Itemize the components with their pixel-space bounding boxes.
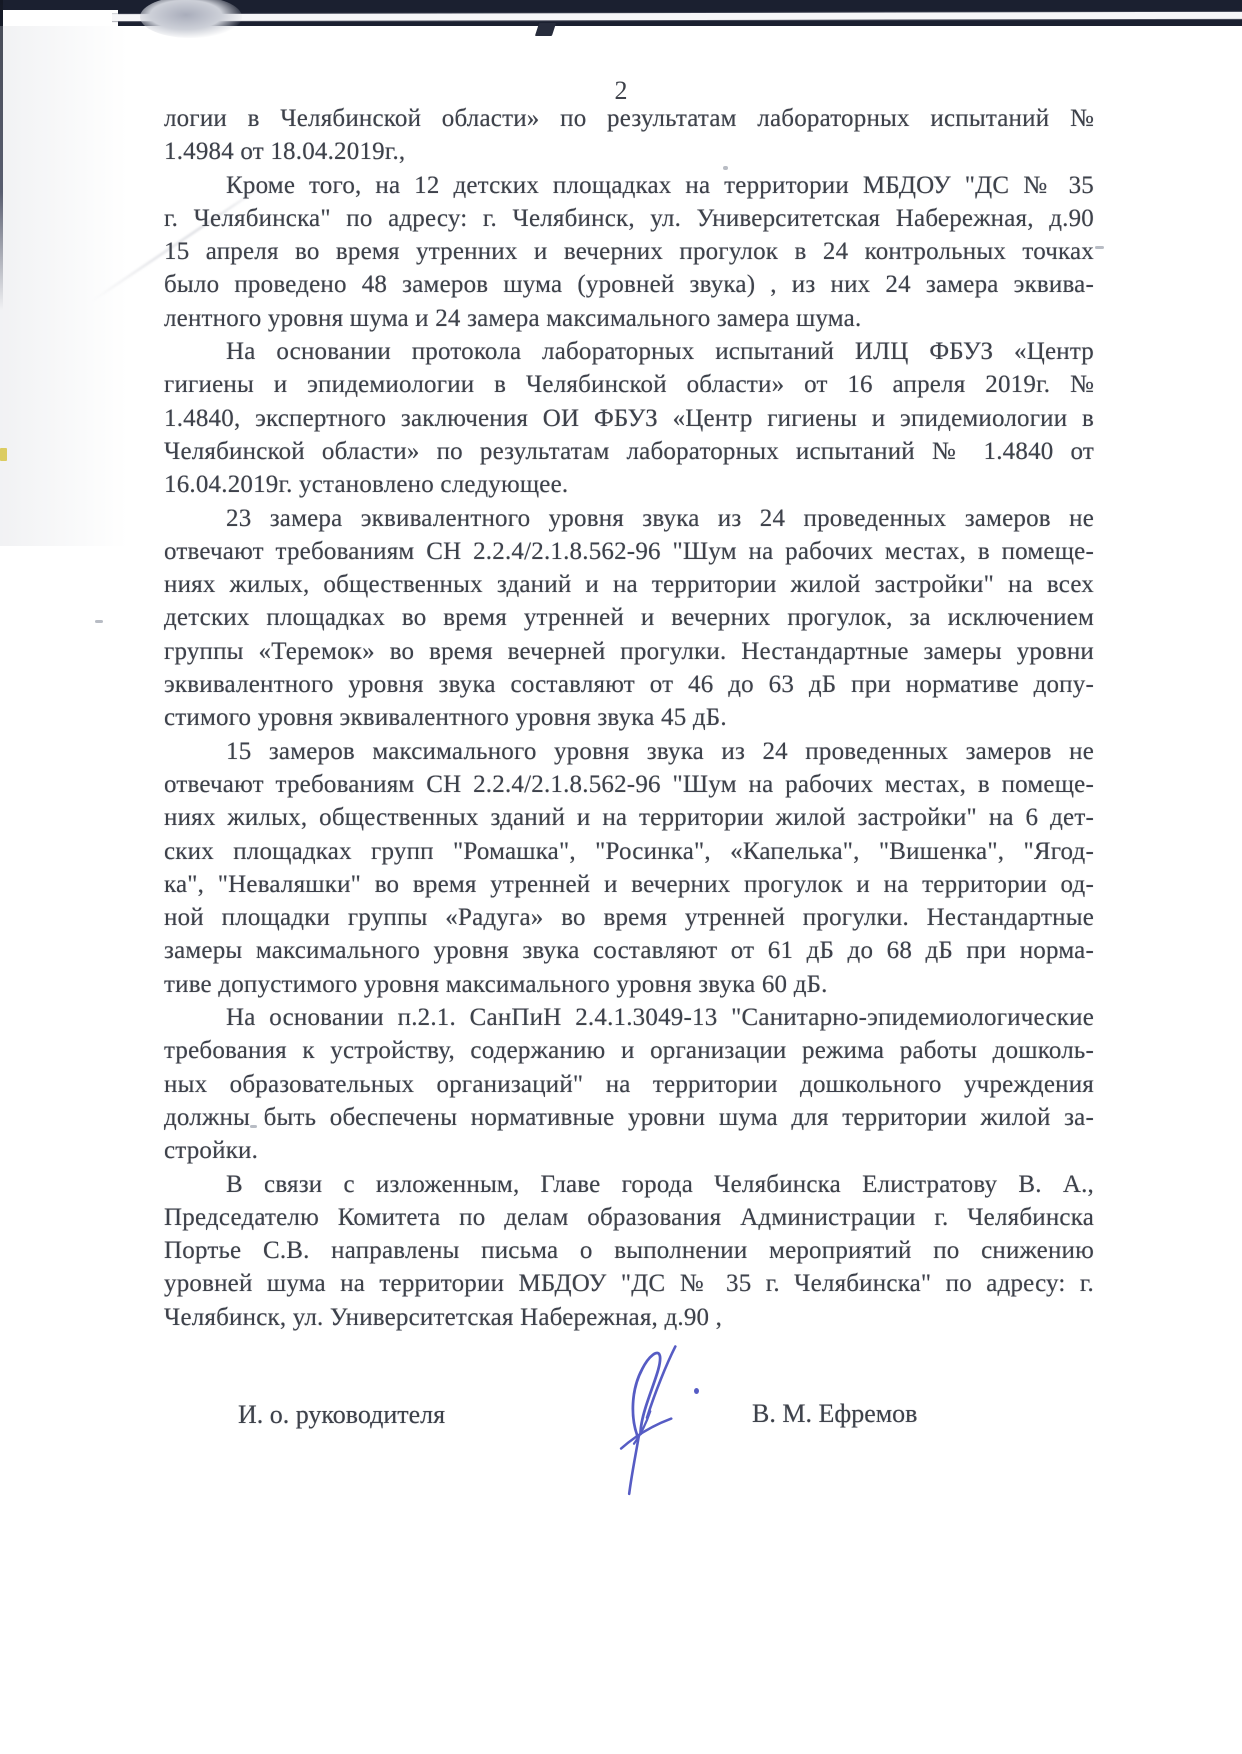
text-line: ных образовательных организаций" на терр… [164, 1068, 1094, 1101]
text-line: ной площадки группы «Радуга» во время ут… [164, 901, 1094, 934]
text-line: 16.04.2019г. установлено следующее. [164, 468, 1094, 501]
text-line: 1.4984 от 18.04.2019г., [164, 135, 1094, 168]
text-line: отвечают требованиям СН 2.2.4/2.1.8.562-… [164, 768, 1094, 801]
text-line: требования к устройству, содержанию и ор… [164, 1034, 1094, 1067]
signatory-role-label: И. о. руководителя [238, 1400, 445, 1430]
text-line: Портье С.В. направлены письма о выполнен… [164, 1234, 1094, 1267]
text-line: ских площадках групп "Ромашка", "Росинка… [164, 835, 1094, 868]
text-line: Челябинск, ул. Университетская Набережна… [164, 1301, 1094, 1334]
text-line: Председателю Комитета по делам образован… [164, 1201, 1094, 1234]
text-line: 23 замера эквивалентного уровня звука из… [164, 502, 1094, 535]
scan-speck-yellow [0, 448, 7, 461]
text-line: тиве допустимого уровня максимального ур… [164, 968, 1094, 1001]
scanned-document-page: 2 логии в Челябинской области» по резуль… [0, 0, 1242, 1754]
text-line: 1.4840, экспертного заключения ОИ ФБУЗ «… [164, 402, 1094, 435]
text-line: Челябинской области» по результатам лабо… [164, 435, 1094, 468]
text-line: уровней шума на территории МБДОУ "ДС № 3… [164, 1267, 1094, 1300]
document-body: логии в Челябинской области» по результа… [164, 102, 1094, 1334]
text-line: группы «Теремок» во время вечерней прогу… [164, 635, 1094, 668]
scan-dark-tick [535, 23, 556, 36]
text-line: отвечают требованиям СН 2.2.4/2.1.8.562-… [164, 535, 1094, 568]
text-line: На основании п.2.1. СанПиН 2.4.1.3049-13… [164, 1001, 1094, 1034]
text-line: стройки. [164, 1134, 1094, 1167]
text-line: замеры максимального уровня звука состав… [164, 934, 1094, 967]
text-line: ка", "Неваляшки" во время утренней и веч… [164, 868, 1094, 901]
text-line: гигиены и эпидемиологии в Челябинской об… [164, 368, 1094, 401]
scan-speck [1095, 246, 1104, 249]
text-line: логии в Челябинской области» по результа… [164, 102, 1094, 135]
text-line: 15 замеров максимального уровня звука из… [164, 735, 1094, 768]
text-line: В связи с изложенным, Главе города Челяб… [164, 1168, 1094, 1201]
scan-smudge [140, 0, 242, 38]
text-line: ниях жилых, общественных зданий и на тер… [164, 801, 1094, 834]
text-line: лентного уровня шума и 24 замера максима… [164, 302, 1094, 335]
text-line: 15 апреля во время утренних и вечерних п… [164, 235, 1094, 268]
text-line: На основании протокола лабораторных испы… [164, 335, 1094, 368]
text-line: детских площадках во время утренней и ве… [164, 601, 1094, 634]
signatory-name: В. М. Ефремов [752, 1399, 917, 1429]
scan-edge-left-line [0, 0, 3, 310]
text-line: ниях жилых, общественных зданий и на тер… [164, 568, 1094, 601]
scan-speck [95, 620, 103, 623]
ink-dot [694, 1388, 699, 1394]
scan-edge-left-cut [0, 10, 118, 27]
text-line: Кроме того, на 12 детских площадках на т… [164, 169, 1094, 202]
text-line: было проведено 48 замеров шума (уровней … [164, 268, 1094, 301]
text-line: г. Челябинска" по адресу: г. Челябинск, … [164, 202, 1094, 235]
text-line: стимого уровня эквивалентного уровня зву… [164, 701, 1094, 734]
text-line: должны быть обеспечены нормативные уровн… [164, 1101, 1094, 1134]
text-line: эквивалентного уровня звука составляют о… [164, 668, 1094, 701]
handwritten-signature-icon [602, 1340, 692, 1502]
